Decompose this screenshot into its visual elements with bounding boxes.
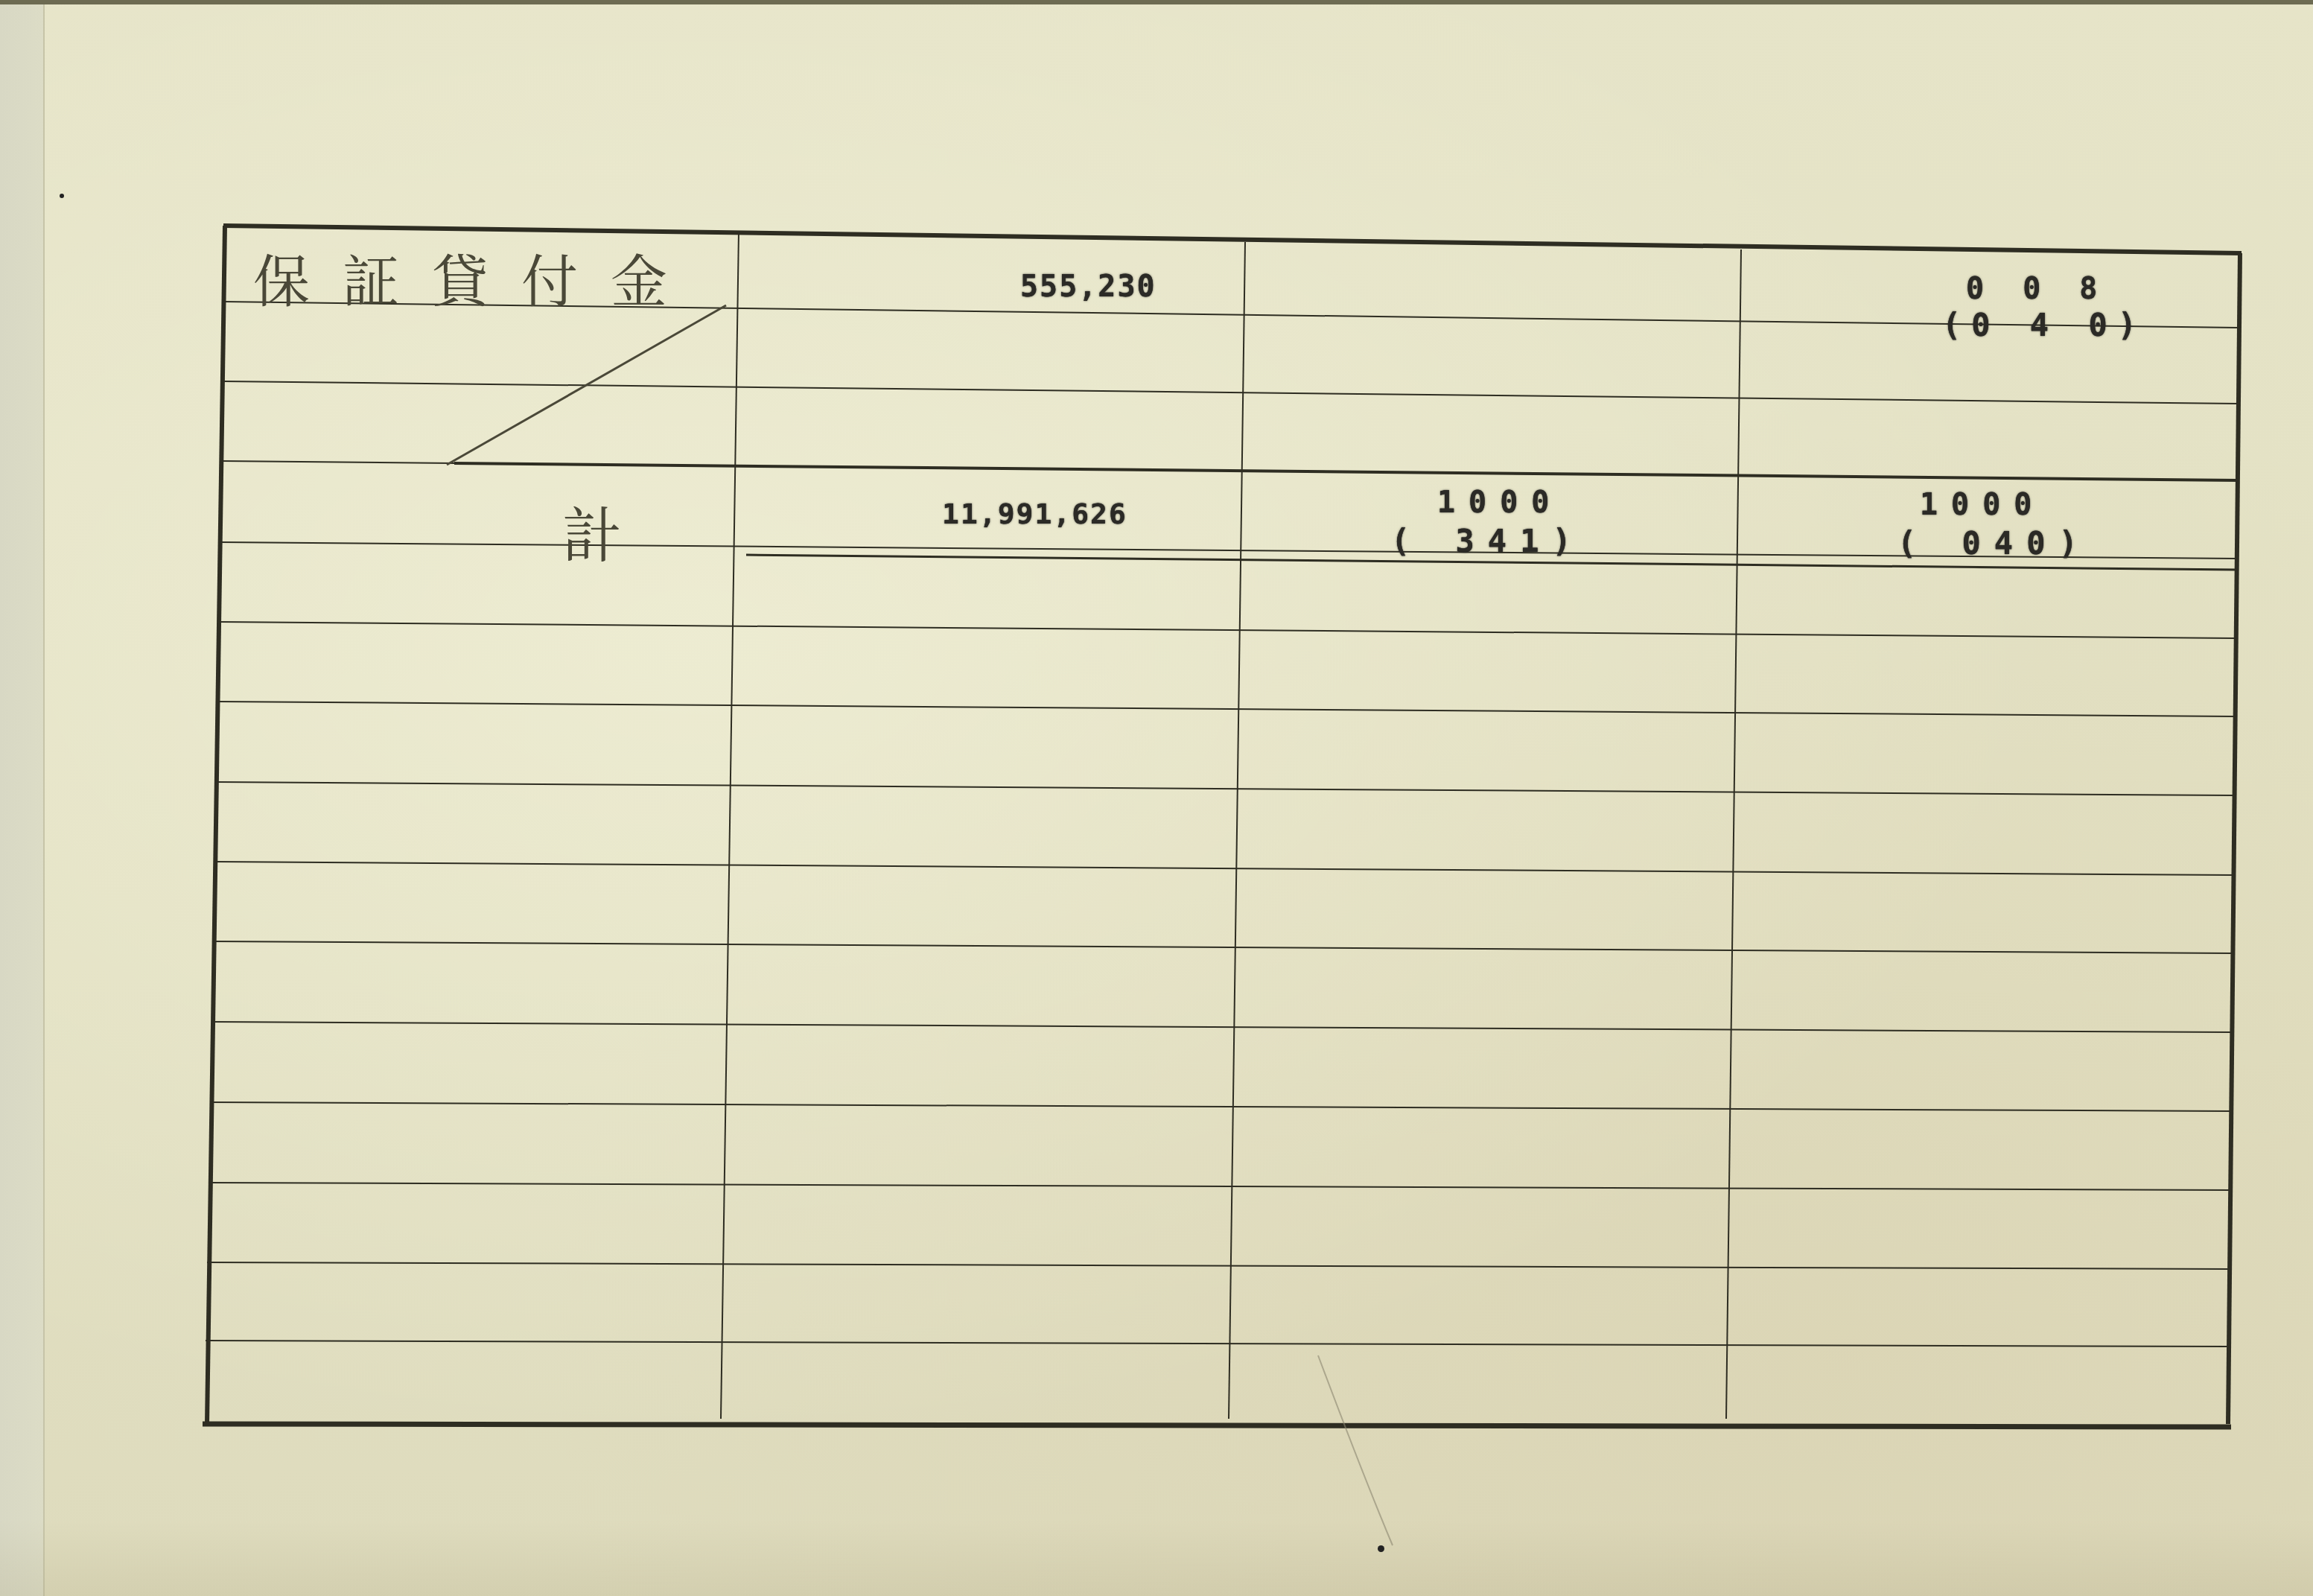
row-rule [222,461,454,463]
row-col4-top-total: 1000 [1920,488,2045,522]
column-divider-3 [1726,249,1741,1419]
row-rule [216,782,2234,795]
frame-bottom-rule [203,1424,2231,1427]
row-col3-top-total: 1000 [1437,486,1562,520]
paper-crease [1318,1355,1393,1545]
frame-left-rule [207,226,225,1424]
row-rule [213,941,2233,953]
column-divider-2 [1229,242,1245,1419]
column-divider-1 [721,231,739,1419]
label-slash-mark [447,305,726,465]
row-rule [207,1262,2230,1269]
row-amount-total: 11,991,626 [942,497,1127,530]
row-rule [219,622,2236,638]
ink-speck [1378,1545,1384,1552]
row-label-guarantee-loans: 保証貸付金 [253,237,700,318]
row-rule [211,1022,2233,1032]
row-rule [214,862,2234,875]
row-rule [217,702,2236,716]
row-col4-top-guarantee-loans: 0 0 8 [1966,272,2107,306]
row-rule [223,381,2239,404]
frame-right-rule [2228,253,2240,1424]
row-rule [209,1183,2231,1190]
row-label-total: 計 [562,488,622,573]
row-col4-bottom-guarantee-loans: (0 4 0) [1942,307,2147,343]
row-rule [210,1102,2231,1111]
row-col4-bottom-total: ( 040) [1897,525,2091,562]
row-amount-guarantee-loans: 555,230 [1020,270,1156,304]
row-rule [206,1341,2230,1347]
total-top-rule [454,463,2239,480]
row-col3-bottom-total: ( 341) [1391,523,1585,559]
ink-speck [60,194,64,198]
